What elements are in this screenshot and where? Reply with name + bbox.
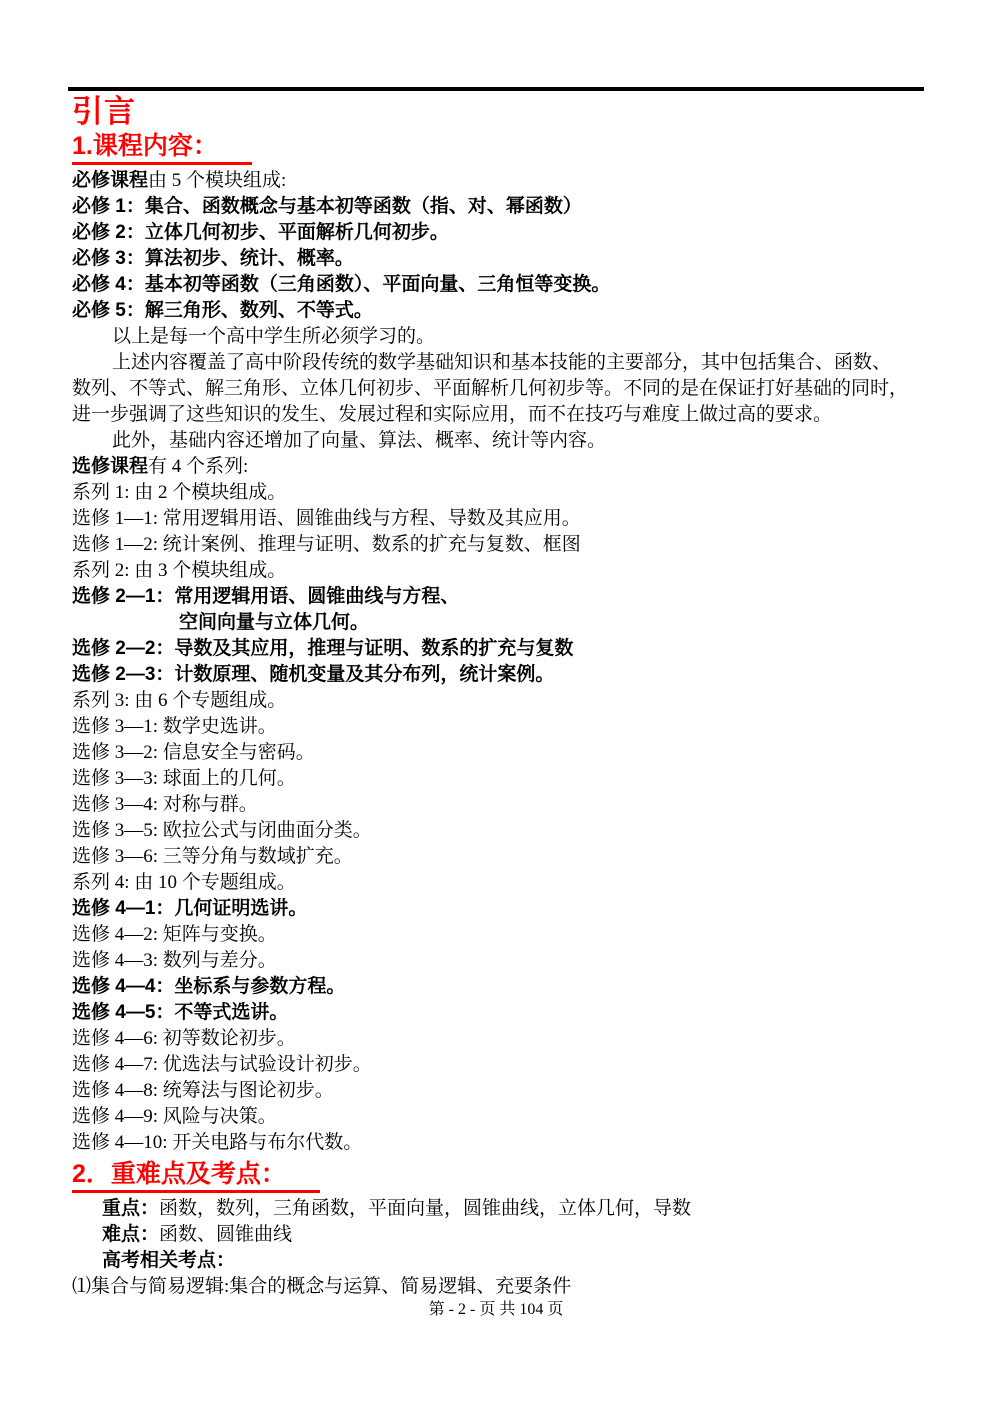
doc-line: 必修 2：立体几何初步、平面解析几何初步。 — [72, 220, 928, 246]
text-segment: 函数、圆锥曲线 — [159, 1224, 292, 1245]
doc-line: 选修 3—4: 对称与群。 — [72, 792, 928, 818]
doc-line: 选修 4—10: 开关电路与布尔代数。 — [72, 1130, 928, 1156]
doc-line: 选修 4—5：不等式选讲。 — [72, 1000, 928, 1026]
doc-line: 选修 3—1: 数学史选讲。 — [72, 714, 928, 740]
text-segment: 选修 1—1: 常用逻辑用语、圆锥曲线与方程、导数及其应用。 — [72, 508, 581, 529]
text-segment: 选修 4—5：不等式选讲。 — [72, 1002, 288, 1023]
doc-line: 重点：函数，数列，三角函数，平面向量，圆锥曲线，立体几何，导数 — [72, 1196, 928, 1222]
doc-line: 系列 3: 由 6 个专题组成。 — [72, 688, 928, 714]
doc-line: 选修 2—1：常用逻辑用语、圆锥曲线与方程、 — [72, 584, 928, 610]
doc-line: 高考相关考点： — [72, 1248, 928, 1274]
doc-line: 选修 2—3：计数原理、随机变量及其分布列，统计案例。 — [72, 662, 928, 688]
doc-line: 选修 1—2: 统计案例、推理与证明、数系的扩充与复数、框图 — [72, 532, 928, 558]
text-segment: 选修 4—6: 初等数论初步。 — [72, 1028, 296, 1049]
doc-line: 选修 4—2: 矩阵与变换。 — [72, 922, 928, 948]
doc-line: 系列 2: 由 3 个模块组成。 — [72, 558, 928, 584]
text-segment: 由 5 个模块组成: — [148, 170, 286, 191]
section-1-heading: 1.课程内容： — [72, 131, 928, 165]
doc-line: 选修课程有 4 个系列: — [72, 454, 928, 480]
text-segment: 必修 5：解三角形、数列、不等式。 — [72, 300, 373, 321]
text-segment: 数列、不等式、解三角形、立体几何初步、平面解析几何初步等。不同的是在保证打好基础… — [72, 378, 908, 399]
doc-title: 引言 — [72, 94, 928, 130]
text-segment: 系列 1: 由 2 个模块组成。 — [72, 482, 286, 503]
doc-line: 选修 3—6: 三等分角与数域扩充。 — [72, 844, 928, 870]
text-segment: 选修 4—8: 统筹法与图论初步。 — [72, 1080, 334, 1101]
text-segment: 选修 3—1: 数学史选讲。 — [72, 716, 277, 737]
doc-line: 以上是每一个高中学生所必须学习的。 — [72, 324, 928, 350]
doc-line: 选修 4—3: 数列与差分。 — [72, 948, 928, 974]
doc-line: 必修 1：集合、函数概念与基本初等函数（指、对、幂函数） — [72, 194, 928, 220]
doc-line: 必修课程由 5 个模块组成: — [72, 168, 928, 194]
doc-line: 进一步强调了这些知识的发生、发展过程和实际应用，而不在技巧与难度上做过高的要求。 — [72, 402, 928, 428]
text-segment: 系列 2: 由 3 个模块组成。 — [72, 560, 286, 581]
doc-line: 选修 4—8: 统筹法与图论初步。 — [72, 1078, 928, 1104]
text-segment: 必修课程 — [72, 170, 148, 191]
text-segment: 系列 4: 由 10 个专题组成。 — [72, 872, 296, 893]
text-segment: 必修 1：集合、函数概念与基本初等函数（指、对、幂函数） — [72, 196, 582, 217]
doc-line: 此外，基础内容还增加了向量、算法、概率、统计等内容。 — [72, 428, 928, 454]
doc-line: 必修 3：算法初步、统计、概率。 — [72, 246, 928, 272]
document-content: 引言 1.课程内容： 必修课程由 5 个模块组成:必修 1：集合、函数概念与基本… — [72, 94, 928, 1300]
text-segment: ⑴集合与简易逻辑:集合的概念与运算、简易逻辑、充要条件 — [72, 1276, 571, 1297]
text-segment: 高考相关考点： — [102, 1250, 235, 1271]
doc-line: 选修 2—2：导数及其应用，推理与证明、数系的扩充与复数 — [72, 636, 928, 662]
text-segment: 选修 4—1：几何证明选讲。 — [72, 898, 307, 919]
text-segment: 必修 2：立体几何初步、平面解析几何初步。 — [72, 222, 449, 243]
text-segment: 必修 4：基本初等函数（三角函数）、平面向量、三角恒等变换。 — [72, 274, 610, 295]
header-rule — [68, 87, 924, 91]
doc-line: 数列、不等式、解三角形、立体几何初步、平面解析几何初步等。不同的是在保证打好基础… — [72, 376, 928, 402]
section-1-body: 必修课程由 5 个模块组成:必修 1：集合、函数概念与基本初等函数（指、对、幂函… — [72, 168, 928, 1156]
text-segment: 以上是每一个高中学生所必须学习的。 — [112, 326, 435, 347]
document-page: 引言 1.课程内容： 必修课程由 5 个模块组成:必修 1：集合、函数概念与基本… — [0, 0, 992, 1403]
text-segment: 选修 2—2：导数及其应用，推理与证明、数系的扩充与复数 — [72, 638, 573, 659]
text-segment: 选修 4—4：坐标系与参数方程。 — [72, 976, 345, 997]
text-segment: 选修 3—3: 球面上的几何。 — [72, 768, 296, 789]
text-segment: 选修 3—5: 欧拉公式与闭曲面分类。 — [72, 820, 372, 841]
text-segment: 选修 3—6: 三等分角与数域扩充。 — [72, 846, 353, 867]
doc-line: 系列 1: 由 2 个模块组成。 — [72, 480, 928, 506]
text-segment: 上述内容覆盖了高中阶段传统的数学基础知识和基本技能的主要部分，其中包括集合、函数… — [112, 352, 891, 373]
text-segment: 选修 4—2: 矩阵与变换。 — [72, 924, 277, 945]
text-segment: 选修 4—7: 优选法与试验设计初步。 — [72, 1054, 372, 1075]
section-2-body: 重点：函数，数列，三角函数，平面向量，圆锥曲线，立体几何，导数难点：函数、圆锥曲… — [72, 1196, 928, 1300]
text-segment: 系列 3: 由 6 个专题组成。 — [72, 690, 286, 711]
section-1-heading-text: 1.课程内容： — [72, 131, 252, 165]
text-segment: 空间向量与立体几何。 — [179, 612, 369, 633]
doc-line: 选修 4—6: 初等数论初步。 — [72, 1026, 928, 1052]
section-2-heading-text: 2．重难点及考点： — [72, 1159, 320, 1193]
text-segment: 重点： — [102, 1198, 159, 1219]
text-segment: 选修 2—3：计数原理、随机变量及其分布列，统计案例。 — [72, 664, 554, 685]
doc-line: 系列 4: 由 10 个专题组成。 — [72, 870, 928, 896]
text-segment: 有 4 个系列: — [148, 456, 248, 477]
text-segment: 选修 2—1：常用逻辑用语、圆锥曲线与方程、 — [72, 586, 459, 607]
text-segment: 选修 1—2: 统计案例、推理与证明、数系的扩充与复数、框图 — [72, 534, 581, 555]
doc-line: ⑴集合与简易逻辑:集合的概念与运算、简易逻辑、充要条件 — [72, 1274, 928, 1300]
text-segment: 选修 3—2: 信息安全与密码。 — [72, 742, 315, 763]
text-segment: 选修 4—3: 数列与差分。 — [72, 950, 277, 971]
section-2-heading: 2．重难点及考点： — [72, 1159, 928, 1193]
text-segment: 选修 4—10: 开关电路与布尔代数。 — [72, 1132, 362, 1153]
text-segment: 函数，数列，三角函数，平面向量，圆锥曲线，立体几何，导数 — [159, 1198, 691, 1219]
text-segment: 此外，基础内容还增加了向量、算法、概率、统计等内容。 — [112, 430, 606, 451]
doc-line: 上述内容覆盖了高中阶段传统的数学基础知识和基本技能的主要部分，其中包括集合、函数… — [72, 350, 928, 376]
doc-line: 选修 3—5: 欧拉公式与闭曲面分类。 — [72, 818, 928, 844]
doc-line: 选修 3—3: 球面上的几何。 — [72, 766, 928, 792]
text-segment: 进一步强调了这些知识的发生、发展过程和实际应用，而不在技巧与难度上做过高的要求。 — [72, 404, 832, 425]
text-segment: 选修课程 — [72, 456, 148, 477]
doc-line: 选修 4—1：几何证明选讲。 — [72, 896, 928, 922]
doc-line: 选修 3—2: 信息安全与密码。 — [72, 740, 928, 766]
text-segment: 选修 3—4: 对称与群。 — [72, 794, 258, 815]
doc-line: 空间向量与立体几何。 — [72, 610, 928, 636]
doc-line: 选修 4—9: 风险与决策。 — [72, 1104, 928, 1130]
doc-line: 难点：函数、圆锥曲线 — [72, 1222, 928, 1248]
doc-line: 选修 4—7: 优选法与试验设计初步。 — [72, 1052, 928, 1078]
doc-line: 必修 4：基本初等函数（三角函数）、平面向量、三角恒等变换。 — [72, 272, 928, 298]
text-segment: 选修 4—9: 风险与决策。 — [72, 1106, 277, 1127]
text-segment: 难点： — [102, 1224, 159, 1245]
doc-line: 选修 1—1: 常用逻辑用语、圆锥曲线与方程、导数及其应用。 — [72, 506, 928, 532]
doc-line: 必修 5：解三角形、数列、不等式。 — [72, 298, 928, 324]
text-segment: 必修 3：算法初步、统计、概率。 — [72, 248, 354, 269]
page-footer: 第 - 2 - 页 共 104 页 — [0, 1300, 992, 1320]
doc-line: 选修 4—4：坐标系与参数方程。 — [72, 974, 928, 1000]
